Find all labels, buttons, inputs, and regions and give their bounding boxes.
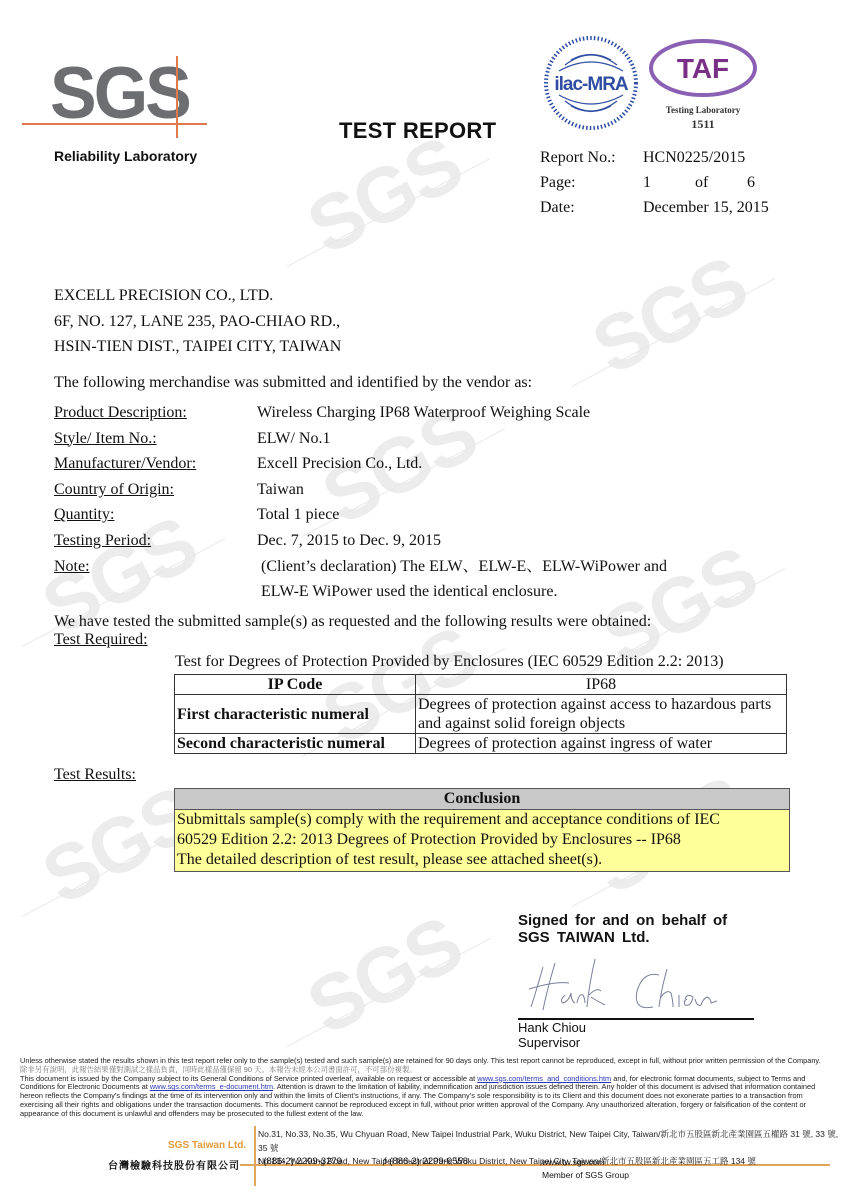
report-no-label: Report No.: — [540, 145, 643, 170]
field-label: Country of Origin: — [54, 477, 257, 503]
table-cell: Degrees of protection against ingress of… — [416, 734, 787, 754]
table-header-cell: IP Code — [175, 675, 416, 695]
footer-company-name: SGS Taiwan Ltd. — [168, 1140, 246, 1151]
disclaimer-text: This document is issued by the Company s… — [20, 1074, 475, 1083]
terms-conditions-link[interactable]: www.sgs.com/terms_and_conditions.htm — [477, 1074, 611, 1083]
field-label: Quantity: — [54, 502, 257, 528]
field-label: Note: — [54, 554, 257, 580]
taf-number: 1511 — [648, 116, 758, 132]
sgs-logo: SGS — [22, 56, 212, 146]
field-row: Style/ Item No.:ELW/ No.1 — [54, 426, 667, 452]
footer-address: No.31, No.33, No.35, Wu Chyuan Road, New… — [258, 1128, 841, 1155]
field-label: Product Description: — [54, 400, 257, 426]
conclusion-box: Conclusion Submittals sample(s) comply w… — [174, 788, 790, 872]
table-header-cell: Second characteristic numeral — [175, 734, 416, 754]
ip-code-table: IP Code IP68 First characteristic numera… — [174, 674, 787, 754]
table-row: Second characteristic numeral Degrees of… — [175, 734, 787, 754]
field-value: Dec. 7, 2015 to Dec. 9, 2015 — [257, 528, 441, 554]
field-label: Testing Period: — [54, 528, 257, 554]
footer-phone: t (886-2) 2299-3279 — [258, 1156, 342, 1167]
conclusion-line: The detailed description of test result,… — [177, 850, 787, 870]
legal-disclaimer: Unless otherwise stated the results show… — [20, 1057, 825, 1119]
report-meta: Report No.:HCN0225/2015 Page: 1 of 6 Dat… — [540, 145, 769, 220]
handwritten-signature-icon — [525, 955, 725, 1015]
terms-e-document-link[interactable]: www.sgs.com/terms_e-document.htm — [150, 1082, 273, 1091]
field-value: Excell Precision Co., Ltd. — [257, 451, 422, 477]
logo-divider — [176, 56, 178, 138]
table-cell: Degrees of protection against access to … — [416, 695, 787, 734]
signed-on-behalf: Signed for and on behalf of SGS TAIWAN L… — [518, 912, 727, 946]
table-header-cell: First characteristic numeral — [175, 695, 416, 734]
intro-text: The following merchandise was submitted … — [54, 374, 532, 392]
footer-divider — [254, 1126, 256, 1186]
page-title: TEST REPORT — [339, 118, 496, 144]
field-row: Note: (Client’s declaration) The ELW、ELW… — [54, 554, 667, 580]
field-value: (Client’s declaration) The ELW、ELW-E、ELW… — [257, 554, 667, 580]
page-label: Page: — [540, 170, 643, 195]
signer-name: Hank Chiou — [518, 1020, 586, 1035]
lab-name: Reliability Laboratory — [54, 148, 197, 164]
logo-divider — [22, 123, 207, 125]
taf-logo-icon: TAF — [648, 38, 758, 98]
svg-text:ilac-MRA: ilac-MRA — [554, 74, 629, 95]
field-value: ELW/ No.1 — [257, 426, 330, 452]
field-label: Style/ Item No.: — [54, 426, 257, 452]
disclaimer-text-chinese: 除非另有說明，此報告結果僅對測試之樣品負責，同時此樣品僅保留 90 天。本報告未… — [20, 1065, 417, 1074]
test-required-caption: Test for Degrees of Protection Provided … — [175, 653, 724, 671]
test-results-label: Test Results: — [54, 766, 136, 784]
page-total: 6 — [747, 170, 755, 195]
field-value-continued: ELW-E WiPower used the identical enclosu… — [54, 579, 667, 605]
signer: Hank Chiou Supervisor — [518, 1020, 586, 1050]
test-required-label: Test Required: — [54, 631, 651, 649]
footer-website-link[interactable]: www.tw.sgs.com — [542, 1157, 604, 1167]
report-date: December 15, 2015 — [643, 195, 769, 220]
table-cell: IP68 — [416, 675, 787, 695]
field-row: Quantity:Total 1 piece — [54, 502, 667, 528]
table-row: First characteristic numeral Degrees of … — [175, 695, 787, 734]
disclaimer-text: Unless otherwise stated the results show… — [20, 1056, 821, 1065]
field-value: Wireless Charging IP68 Waterproof Weighi… — [257, 400, 590, 426]
taf-subtitle: Testing Laboratory — [648, 104, 758, 116]
addressee-address: HSIN-TIEN DIST., TAIPEI CITY, TAIWAN — [54, 334, 341, 360]
addressee-company: EXCELL PRECISION CO., LTD. — [54, 283, 341, 309]
sgs-logo-text: SGS — [50, 56, 189, 130]
svg-text:TAF: TAF — [677, 53, 729, 84]
footer-member: Member of SGS Group — [542, 1170, 629, 1180]
conclusion-line: 60529 Edition 2.2: 2013 Degrees of Prote… — [177, 830, 787, 850]
field-row: Country of Origin:Taiwan — [54, 477, 667, 503]
conclusion-header: Conclusion — [175, 789, 789, 810]
date-label: Date: — [540, 195, 643, 220]
field-value: Total 1 piece — [257, 502, 339, 528]
field-row: Manufacturer/Vendor:Excell Precision Co.… — [54, 451, 667, 477]
report-no: HCN0225/2015 — [643, 145, 745, 170]
footer-company-name-chinese: 台灣檢驗科技股份有限公司 — [108, 1157, 240, 1172]
taf-caption: Testing Laboratory 1511 — [648, 104, 758, 132]
page-of: of — [695, 170, 747, 195]
page-current: 1 — [643, 170, 695, 195]
field-value: Taiwan — [257, 477, 304, 503]
sgs-watermark: SGS — [578, 238, 761, 393]
conclusion-line: Submittals sample(s) comply with the req… — [177, 810, 787, 830]
footer-fax: f (886-2) 2299-9558 — [384, 1156, 468, 1167]
ilac-mra-logo-icon: ilac-MRA — [543, 35, 639, 131]
signer-title: Supervisor — [518, 1035, 586, 1050]
tested-text: We have tested the submitted sample(s) a… — [54, 613, 651, 631]
tested-statement: We have tested the submitted sample(s) a… — [54, 613, 651, 649]
table-row: IP Code IP68 — [175, 675, 787, 695]
conclusion-body: Submittals sample(s) comply with the req… — [175, 810, 789, 871]
page-indicator: 1 of 6 — [643, 170, 755, 195]
field-label: Manufacturer/Vendor: — [54, 451, 257, 477]
signed-line: Signed for and on behalf of — [518, 912, 727, 929]
addressee-address: 6F, NO. 127, LANE 235, PAO-CHIAO RD., — [54, 309, 341, 335]
sample-fields: Product Description:Wireless Charging IP… — [54, 400, 667, 605]
signed-company: SGS TAIWAN Ltd. — [518, 929, 727, 946]
field-row: Testing Period:Dec. 7, 2015 to Dec. 9, 2… — [54, 528, 667, 554]
sgs-watermark: SGS — [293, 898, 476, 1053]
field-row: Product Description:Wireless Charging IP… — [54, 400, 667, 426]
addressee: EXCELL PRECISION CO., LTD. 6F, NO. 127, … — [54, 283, 341, 360]
